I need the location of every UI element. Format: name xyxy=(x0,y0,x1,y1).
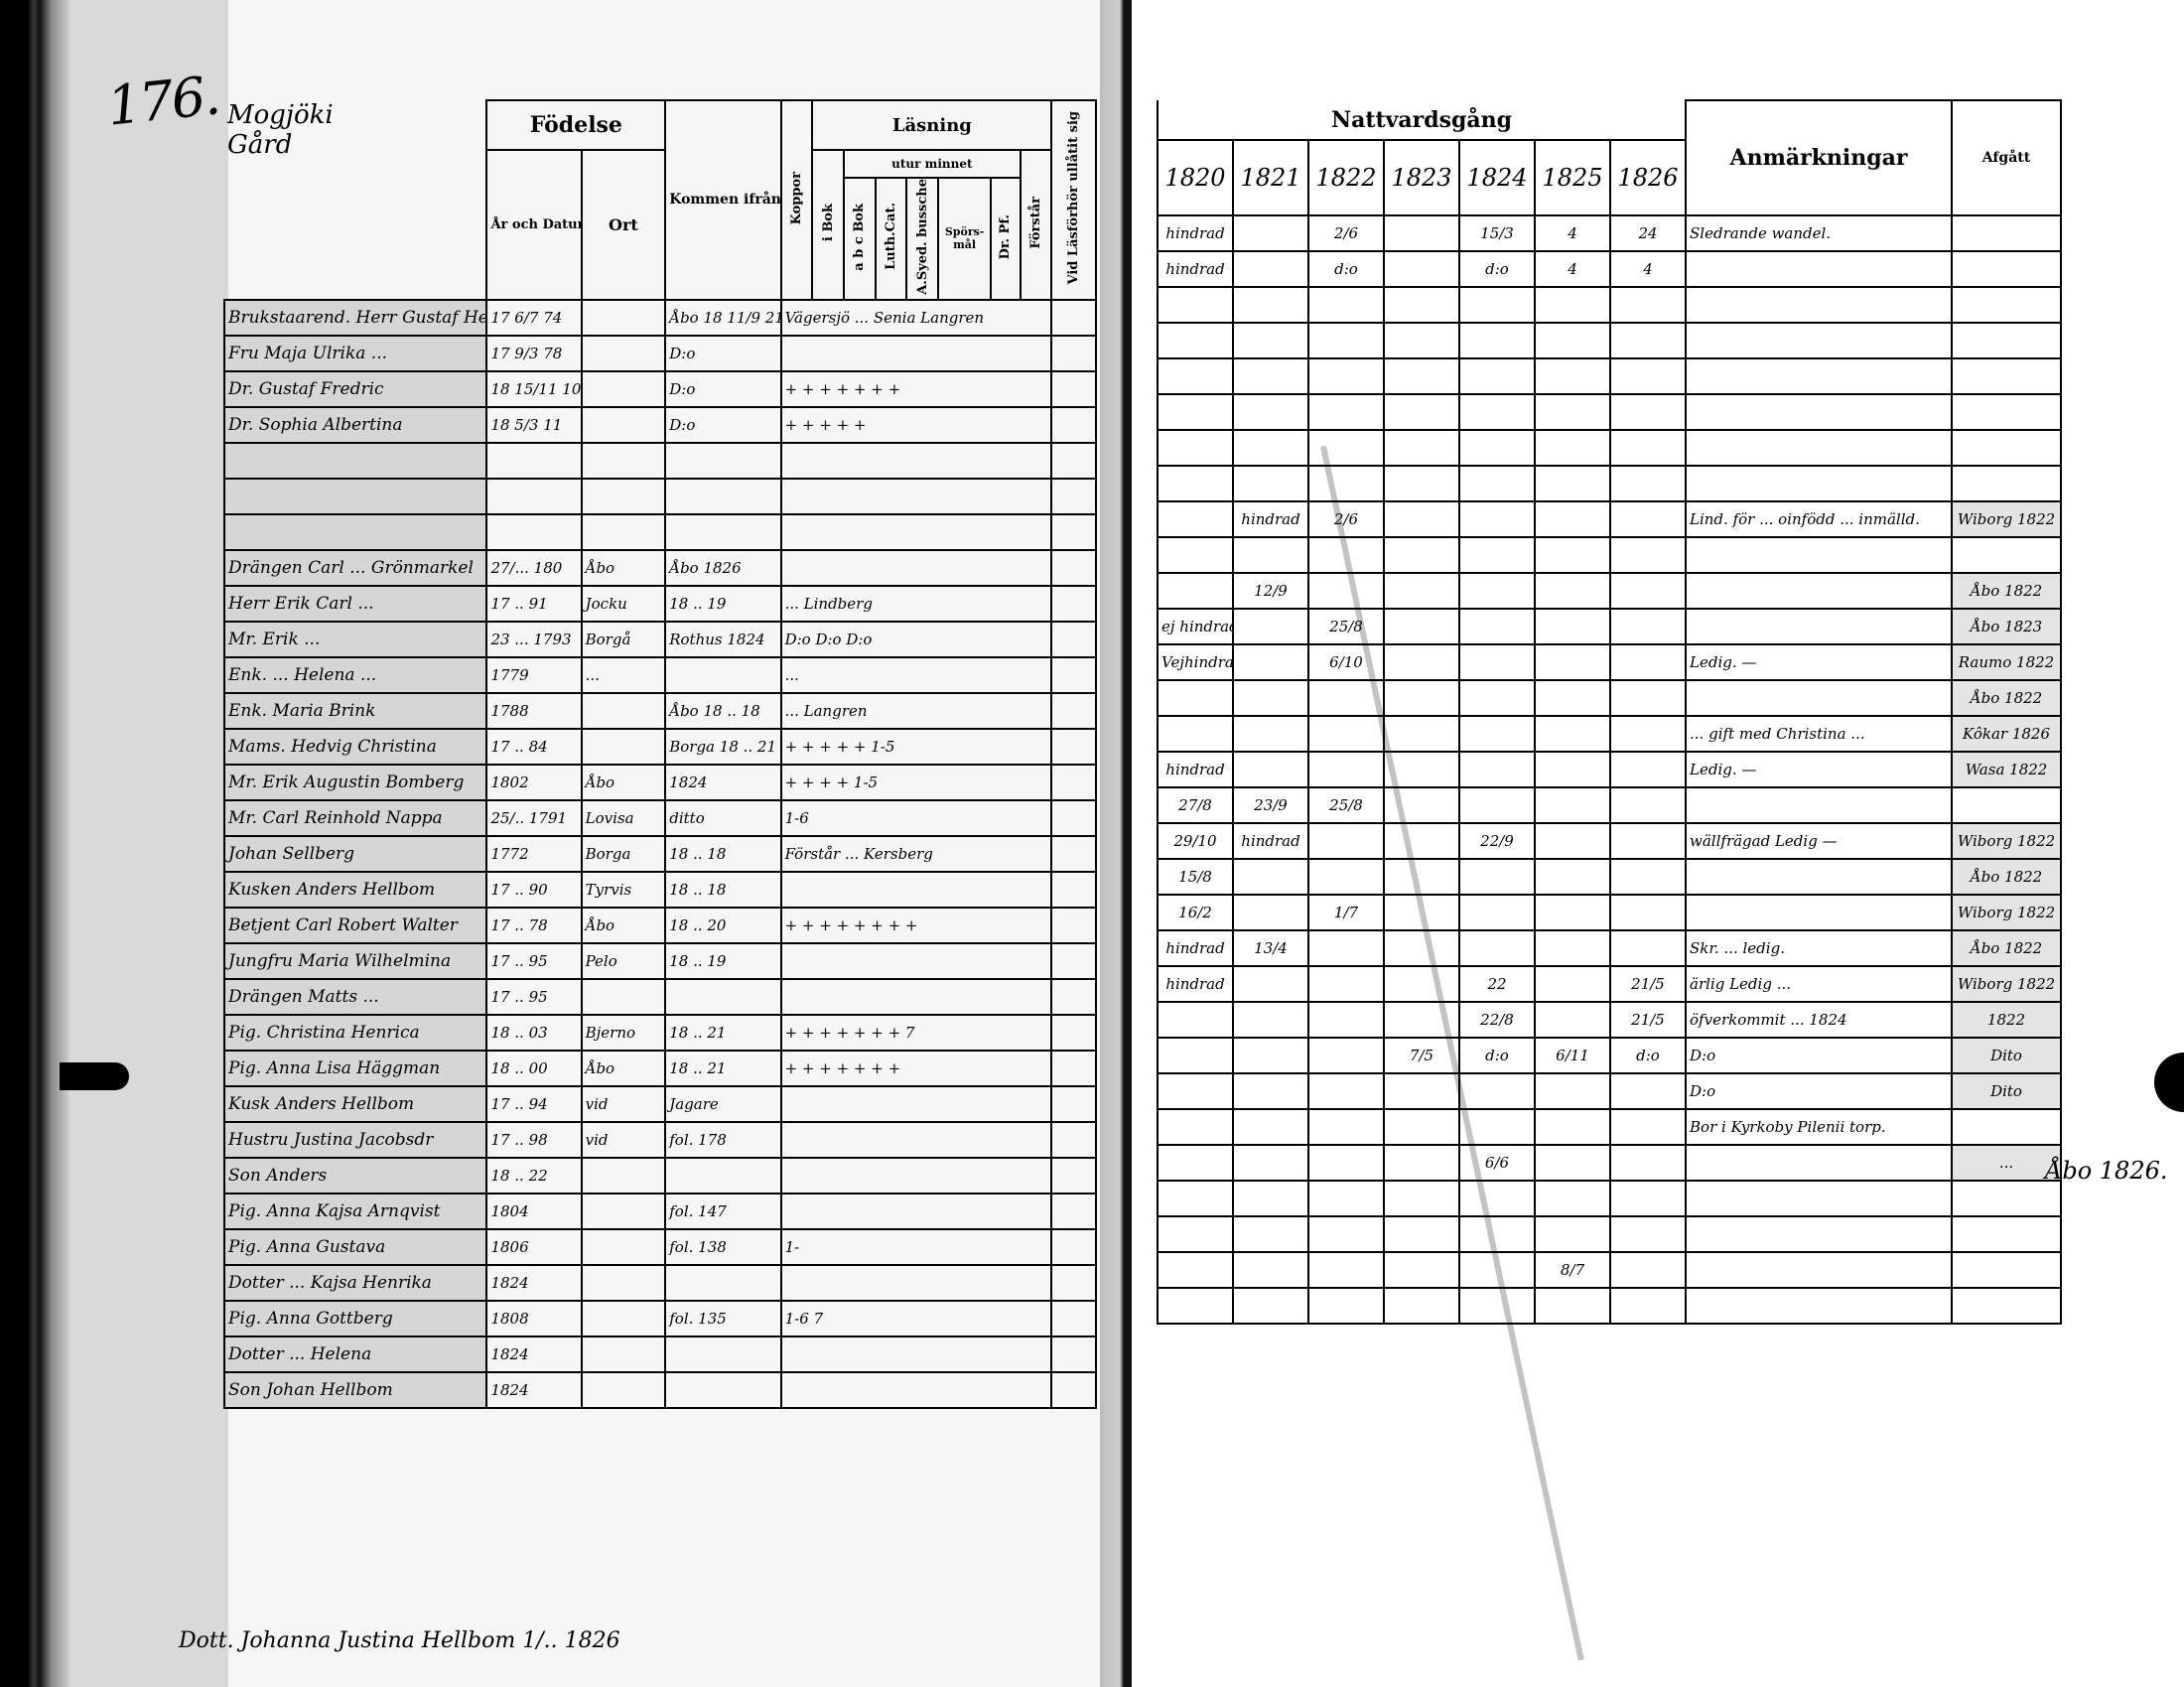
communion-row: 15/8Åbo 1822 xyxy=(1158,859,2061,895)
birth-place xyxy=(582,300,666,336)
communion-date xyxy=(1384,644,1459,680)
communion-row xyxy=(1158,1216,2061,1252)
departed: Åbo 1822 xyxy=(1952,680,2061,716)
person-name xyxy=(224,514,486,550)
communion-date: hindrad xyxy=(1158,966,1233,1002)
communion-date xyxy=(1158,430,1233,466)
communion-row xyxy=(1158,287,2061,323)
communion-date xyxy=(1459,323,1535,358)
communion-date: 15/8 xyxy=(1158,859,1233,895)
footnote: Dott. Johanna Justina Hellbom 1/.. 1826 xyxy=(179,1628,620,1653)
birth-date: 18 .. 00 xyxy=(486,1051,581,1086)
communion-date xyxy=(1308,573,1384,609)
reading-marks: 1- xyxy=(781,1229,1052,1265)
header-sporsmal: Spörs-mål xyxy=(938,178,991,300)
remark: Skr. ... ledig. xyxy=(1686,930,1952,966)
arrived-from: D:o xyxy=(665,336,780,371)
lasforhor-cell xyxy=(1051,1158,1096,1194)
departed: Wiborg 1822 xyxy=(1952,966,2061,1002)
register-row: Hustru Justina Jacobsdr17 .. 98vidfol. 1… xyxy=(224,1122,1096,1158)
communion-date: d:o xyxy=(1459,1038,1535,1073)
person-name: Son Johan Hellbom xyxy=(224,1372,486,1408)
communion-date xyxy=(1384,1288,1459,1324)
arrived-from xyxy=(665,514,780,550)
arrived-from: 18 .. 20 xyxy=(665,908,780,943)
communion-date xyxy=(1384,895,1459,930)
lasforhor-cell xyxy=(1051,336,1096,371)
header-nattvardsgang: Nattvardsgång xyxy=(1158,100,1686,140)
register-row: Herr Erik Carl ...17 .. 91Jocku18 .. 19.… xyxy=(224,586,1096,622)
departed xyxy=(1952,1109,2061,1145)
communion-row: 29/10hindrad22/9wällfrägad Ledig —Wiborg… xyxy=(1158,823,2061,859)
person-name: Kusken Anders Hellbom xyxy=(224,872,486,908)
communion-row: Åbo 1822 xyxy=(1158,680,2061,716)
departed: Wiborg 1822 xyxy=(1952,501,2061,537)
communion-date xyxy=(1233,680,1308,716)
communion-date xyxy=(1459,537,1535,573)
register-row: Dr. Gustaf Fredric18 15/11 10D:o+ + + + … xyxy=(224,371,1096,407)
communion-date xyxy=(1308,1252,1384,1288)
person-name: Kusk Anders Hellbom xyxy=(224,1086,486,1122)
communion-date xyxy=(1384,787,1459,823)
communion-date: 25/8 xyxy=(1308,609,1384,644)
communion-date xyxy=(1384,1252,1459,1288)
departed: Wasa 1822 xyxy=(1952,752,2061,787)
communion-date xyxy=(1459,1252,1535,1288)
register-row: Enk. ... Helena ...1779...... xyxy=(224,657,1096,693)
person-name: Mr. Erik ... xyxy=(224,622,486,657)
remark: ... gift med Christina ... xyxy=(1686,716,1952,752)
departed: Åbo 1823 xyxy=(1952,609,2061,644)
arrived-from: Jagare xyxy=(665,1086,780,1122)
birth-place xyxy=(582,514,666,550)
remark xyxy=(1686,466,1952,501)
reading-marks xyxy=(781,1194,1052,1229)
communion-date xyxy=(1459,287,1535,323)
communion-date xyxy=(1233,323,1308,358)
communion-date: 12/9 xyxy=(1233,573,1308,609)
person-name: Son Anders xyxy=(224,1158,486,1194)
arrived-from: 1824 xyxy=(665,765,780,800)
communion-date xyxy=(1384,251,1459,287)
communion-row xyxy=(1158,1181,2061,1216)
communion-date xyxy=(1610,287,1686,323)
birth-date xyxy=(486,514,581,550)
birth-place: Tyrvis xyxy=(582,872,666,908)
arrived-from: ditto xyxy=(665,800,780,836)
communion-date xyxy=(1535,609,1610,644)
reading-marks: ... xyxy=(781,657,1052,693)
birth-place: Borgå xyxy=(582,622,666,657)
person-name: Hustru Justina Jacobsdr xyxy=(224,1122,486,1158)
header-koppor: Koppor xyxy=(781,100,813,300)
birth-date: 17 .. 95 xyxy=(486,943,581,979)
birth-date xyxy=(486,479,581,514)
person-name: Jungfru Maria Wilhelmina xyxy=(224,943,486,979)
lasforhor-cell xyxy=(1051,1229,1096,1265)
birth-date: 17 .. 98 xyxy=(486,1122,581,1158)
arrived-from: D:o xyxy=(665,371,780,407)
register-row: Mr. Carl Reinhold Nappa25/.. 1791Lovisad… xyxy=(224,800,1096,836)
communion-date xyxy=(1535,1181,1610,1216)
header-ort: Ort xyxy=(582,150,666,300)
birth-place: Pelo xyxy=(582,943,666,979)
communion-date: d:o xyxy=(1459,251,1535,287)
communion-date xyxy=(1158,1252,1233,1288)
communion-date: 25/8 xyxy=(1308,787,1384,823)
communion-date xyxy=(1233,1181,1308,1216)
communion-date xyxy=(1158,358,1233,394)
person-name: Enk. Maria Brink xyxy=(224,693,486,729)
register-row: Johan Sellberg1772Borga18 .. 18Förstår .… xyxy=(224,836,1096,872)
departed: Wiborg 1822 xyxy=(1952,895,2061,930)
communion-date xyxy=(1384,1109,1459,1145)
birth-date: 1804 xyxy=(486,1194,581,1229)
reading-marks: ... Langren xyxy=(781,693,1052,729)
departed xyxy=(1952,215,2061,251)
remark xyxy=(1686,1145,1952,1181)
birth-place xyxy=(582,1158,666,1194)
register-row: Dr. Sophia Albertina18 5/3 11D:o+ + + + … xyxy=(224,407,1096,443)
lasforhor-cell xyxy=(1051,765,1096,800)
remark xyxy=(1686,609,1952,644)
lasforhor-cell xyxy=(1051,1051,1096,1086)
arrived-from: 18 .. 19 xyxy=(665,943,780,979)
reading-marks xyxy=(781,443,1052,479)
lasforhor-cell xyxy=(1051,800,1096,836)
communion-date: 6/11 xyxy=(1535,1038,1610,1073)
communion-date xyxy=(1158,1288,1233,1324)
communion-date xyxy=(1308,716,1384,752)
communion-date: 1/7 xyxy=(1308,895,1384,930)
reading-marks xyxy=(781,979,1052,1015)
communion-date: 2/6 xyxy=(1308,501,1384,537)
departed: 1822 xyxy=(1952,1002,2061,1038)
person-name xyxy=(224,443,486,479)
communion-date xyxy=(1610,859,1686,895)
reading-marks: + + + + + + + xyxy=(781,371,1052,407)
communion-date xyxy=(1610,644,1686,680)
remark: wällfrägad Ledig — xyxy=(1686,823,1952,859)
communion-date xyxy=(1158,394,1233,430)
communion-date xyxy=(1233,966,1308,1002)
communion-date xyxy=(1308,466,1384,501)
communion-row xyxy=(1158,430,2061,466)
communion-date xyxy=(1459,1109,1535,1145)
arrived-from xyxy=(665,979,780,1015)
communion-date xyxy=(1535,716,1610,752)
person-name: Betjent Carl Robert Walter xyxy=(224,908,486,943)
remark: D:o xyxy=(1686,1038,1952,1073)
remark xyxy=(1686,430,1952,466)
reading-marks: D:o D:o D:o xyxy=(781,622,1052,657)
departed xyxy=(1952,787,2061,823)
communion-date xyxy=(1459,859,1535,895)
arrived-from: fol. 178 xyxy=(665,1122,780,1158)
departed xyxy=(1952,466,2061,501)
communion-date xyxy=(1233,1109,1308,1145)
communion-date xyxy=(1610,1288,1686,1324)
lasforhor-cell xyxy=(1051,479,1096,514)
communion-date xyxy=(1308,966,1384,1002)
remark xyxy=(1686,1216,1952,1252)
register-row: Son Johan Hellbom1824 xyxy=(224,1372,1096,1408)
communion-date xyxy=(1158,1109,1233,1145)
reading-marks xyxy=(781,943,1052,979)
reading-marks: + + + + + + + + xyxy=(781,908,1052,943)
person-name: Brukstaarend. Herr Gustaf Henrik xyxy=(224,300,486,336)
reading-marks: + + + + + xyxy=(781,407,1052,443)
communion-row: Vejhindrad6/10Ledig. —Raumo 1822 xyxy=(1158,644,2061,680)
communion-date xyxy=(1158,501,1233,537)
communion-date: d:o xyxy=(1308,251,1384,287)
birth-date: 17 .. 84 xyxy=(486,729,581,765)
communion-date xyxy=(1384,609,1459,644)
communion-date: 8/7 xyxy=(1535,1252,1610,1288)
register-row: Brukstaarend. Herr Gustaf Henrik17 6/7 7… xyxy=(224,300,1096,336)
communion-date xyxy=(1158,716,1233,752)
communion-date xyxy=(1459,787,1535,823)
reading-marks xyxy=(781,1336,1052,1372)
communion-date xyxy=(1535,358,1610,394)
communion-date xyxy=(1459,609,1535,644)
birth-date: 17 9/3 78 xyxy=(486,336,581,371)
arrived-from xyxy=(665,1265,780,1301)
communion-date xyxy=(1384,394,1459,430)
section-label: MogjökiGård xyxy=(224,100,486,300)
header-year-1825: 1825 xyxy=(1535,140,1610,215)
book-spine xyxy=(0,0,69,1687)
birth-date: 1772 xyxy=(486,836,581,872)
communion-date xyxy=(1308,1216,1384,1252)
communion-row: 8/7 xyxy=(1158,1252,2061,1288)
remark xyxy=(1686,1252,1952,1288)
communion-date: 4 xyxy=(1610,251,1686,287)
register-row: Pig. Anna Gottberg1808fol. 1351-6 7 xyxy=(224,1301,1096,1336)
register-row: Pig. Christina Henrica18 .. 03Bjerno18 .… xyxy=(224,1015,1096,1051)
remark: Lind. för ... oinfödd ... inmälld. xyxy=(1686,501,1952,537)
departed: Dito xyxy=(1952,1038,2061,1073)
reading-marks xyxy=(781,872,1052,908)
communion-date xyxy=(1610,930,1686,966)
communion-date xyxy=(1535,1216,1610,1252)
departed: Åbo 1822 xyxy=(1952,859,2061,895)
communion-date xyxy=(1459,680,1535,716)
arrived-from: 18 .. 19 xyxy=(665,586,780,622)
person-name: Pig. Anna Lisa Häggman xyxy=(224,1051,486,1086)
communion-date xyxy=(1308,1002,1384,1038)
communion-date: 7/5 xyxy=(1384,1038,1459,1073)
arrived-from: Åbo 1826 xyxy=(665,550,780,586)
communion-row xyxy=(1158,466,2061,501)
birth-place xyxy=(582,479,666,514)
reading-marks xyxy=(781,1122,1052,1158)
birth-date: 1824 xyxy=(486,1336,581,1372)
communion-date xyxy=(1535,287,1610,323)
reading-marks xyxy=(781,514,1052,550)
departed xyxy=(1952,287,2061,323)
register-row xyxy=(224,443,1096,479)
communion-date xyxy=(1459,358,1535,394)
communion-date xyxy=(1384,287,1459,323)
communion-date xyxy=(1384,752,1459,787)
register-row: Mr. Erik ...23 ... 1793BorgåRothus 1824D… xyxy=(224,622,1096,657)
communion-date xyxy=(1233,1038,1308,1073)
birth-date: 1806 xyxy=(486,1229,581,1265)
communion-row: 16/21/7Wiborg 1822 xyxy=(1158,895,2061,930)
reading-marks xyxy=(781,1372,1052,1408)
communion-row: D:oDito xyxy=(1158,1073,2061,1109)
communion-date xyxy=(1384,859,1459,895)
communion-date xyxy=(1459,1288,1535,1324)
communion-date xyxy=(1459,895,1535,930)
birth-place xyxy=(582,407,666,443)
person-name: Mr. Erik Augustin Bomberg xyxy=(224,765,486,800)
communion-date xyxy=(1233,752,1308,787)
communion-date xyxy=(1535,1288,1610,1324)
communion-date xyxy=(1384,1216,1459,1252)
communion-date xyxy=(1610,680,1686,716)
birth-place xyxy=(582,1301,666,1336)
birth-date: 17 6/7 74 xyxy=(486,300,581,336)
communion-date: hindrad xyxy=(1158,215,1233,251)
header-vid-lasforhor: Vid Läsförhör ullåtit sig xyxy=(1051,100,1096,300)
communion-date xyxy=(1308,1181,1384,1216)
lasforhor-cell xyxy=(1051,586,1096,622)
person-name xyxy=(224,479,486,514)
communion-date xyxy=(1535,501,1610,537)
header-year-1823: 1823 xyxy=(1384,140,1459,215)
communion-date xyxy=(1459,1216,1535,1252)
communion-date: 22 xyxy=(1459,966,1535,1002)
birth-place xyxy=(582,1229,666,1265)
communion-date xyxy=(1459,394,1535,430)
communion-date xyxy=(1158,1002,1233,1038)
reading-marks xyxy=(781,479,1052,514)
communion-date xyxy=(1535,466,1610,501)
communion-date xyxy=(1233,895,1308,930)
communion-date xyxy=(1384,323,1459,358)
lasforhor-cell xyxy=(1051,908,1096,943)
communion-date xyxy=(1384,215,1459,251)
arrived-from: Rothus 1824 xyxy=(665,622,780,657)
arrived-from xyxy=(665,657,780,693)
birth-place xyxy=(582,371,666,407)
right-ledger-table: Nattvardsgång Anmärkningar Afgått 182018… xyxy=(1157,99,2062,1325)
communion-date xyxy=(1384,466,1459,501)
birth-place: Åbo xyxy=(582,908,666,943)
person-name: Pig. Anna Kajsa Arnqvist xyxy=(224,1194,486,1229)
communion-date xyxy=(1233,251,1308,287)
departed: Raumo 1822 xyxy=(1952,644,2061,680)
communion-date xyxy=(1535,895,1610,930)
arrived-from: 18 .. 21 xyxy=(665,1015,780,1051)
arrived-from: fol. 138 xyxy=(665,1229,780,1265)
communion-date xyxy=(1233,466,1308,501)
communion-row xyxy=(1158,394,2061,430)
remark xyxy=(1686,680,1952,716)
communion-date xyxy=(1610,895,1686,930)
communion-date xyxy=(1610,466,1686,501)
communion-date xyxy=(1610,787,1686,823)
arrived-from xyxy=(665,479,780,514)
birth-date: 1824 xyxy=(486,1265,581,1301)
register-row: Jungfru Maria Wilhelmina17 .. 95Pelo18 .… xyxy=(224,943,1096,979)
communion-date xyxy=(1459,716,1535,752)
communion-date xyxy=(1233,394,1308,430)
reading-marks: + + + + + 1-5 xyxy=(781,729,1052,765)
birth-place: Jocku xyxy=(582,586,666,622)
lasforhor-cell xyxy=(1051,657,1096,693)
register-row: Dotter ... Helena1824 xyxy=(224,1336,1096,1372)
remark xyxy=(1686,787,1952,823)
communion-date xyxy=(1535,1002,1610,1038)
communion-date xyxy=(1384,716,1459,752)
communion-date xyxy=(1535,573,1610,609)
lasforhor-cell xyxy=(1051,1336,1096,1372)
communion-date: 16/2 xyxy=(1158,895,1233,930)
birth-date: 1808 xyxy=(486,1301,581,1336)
remark xyxy=(1686,251,1952,287)
register-row: Pig. Anna Lisa Häggman18 .. 00Åbo18 .. 2… xyxy=(224,1051,1096,1086)
communion-date xyxy=(1158,573,1233,609)
communion-date xyxy=(1610,609,1686,644)
arrived-from: Borga 18 .. 21 xyxy=(665,729,780,765)
birth-date: 18 .. 22 xyxy=(486,1158,581,1194)
departed: Dito xyxy=(1952,1073,2061,1109)
person-name: Dr. Gustaf Fredric xyxy=(224,371,486,407)
remark: öfverkommit ... 1824 xyxy=(1686,1002,1952,1038)
arrived-from xyxy=(665,1336,780,1372)
communion-date xyxy=(1308,859,1384,895)
person-name: Pig. Christina Henrica xyxy=(224,1015,486,1051)
remark: ärlig Ledig ... xyxy=(1686,966,1952,1002)
person-name: Dotter ... Helena xyxy=(224,1336,486,1372)
register-row: Pig. Anna Kajsa Arnqvist1804fol. 147 xyxy=(224,1194,1096,1229)
communion-date xyxy=(1233,859,1308,895)
departed xyxy=(1952,1252,2061,1288)
communion-date xyxy=(1535,930,1610,966)
birth-date: 18 5/3 11 xyxy=(486,407,581,443)
register-row: Enk. Maria Brink1788Åbo 18 .. 18... Lang… xyxy=(224,693,1096,729)
register-row: Kusk Anders Hellbom17 .. 94vidJagare xyxy=(224,1086,1096,1122)
communion-row xyxy=(1158,323,2061,358)
header-afgatt: Afgått xyxy=(1952,100,2061,215)
arrived-from: Åbo 18 11/9 21 xyxy=(665,300,780,336)
header-year-1821: 1821 xyxy=(1233,140,1308,215)
communion-date xyxy=(1459,1181,1535,1216)
remark: Sledrande wandel. xyxy=(1686,215,1952,251)
communion-date xyxy=(1535,430,1610,466)
lasforhor-cell xyxy=(1051,1122,1096,1158)
departed xyxy=(1952,323,2061,358)
communion-date xyxy=(1610,1109,1686,1145)
communion-row: 7/5d:o6/11d:oD:oDito xyxy=(1158,1038,2061,1073)
register-row: Pig. Anna Gustava1806fol. 1381- xyxy=(224,1229,1096,1265)
reading-marks xyxy=(781,1086,1052,1122)
register-row xyxy=(224,514,1096,550)
communion-date xyxy=(1610,1181,1686,1216)
communion-date xyxy=(1535,1109,1610,1145)
register-row: Drängen Carl ... Grönmarkel27/... 180Åbo… xyxy=(224,550,1096,586)
communion-row: 6/6... xyxy=(1158,1145,2061,1181)
communion-date xyxy=(1158,1073,1233,1109)
communion-date xyxy=(1158,1216,1233,1252)
communion-row: hindrad2221/5ärlig Ledig ... Wiborg 1822 xyxy=(1158,966,2061,1002)
birth-place xyxy=(582,979,666,1015)
communion-date: hindrad xyxy=(1158,930,1233,966)
communion-row: hindrad2/6Lind. för ... oinfödd ... inmä… xyxy=(1158,501,2061,537)
